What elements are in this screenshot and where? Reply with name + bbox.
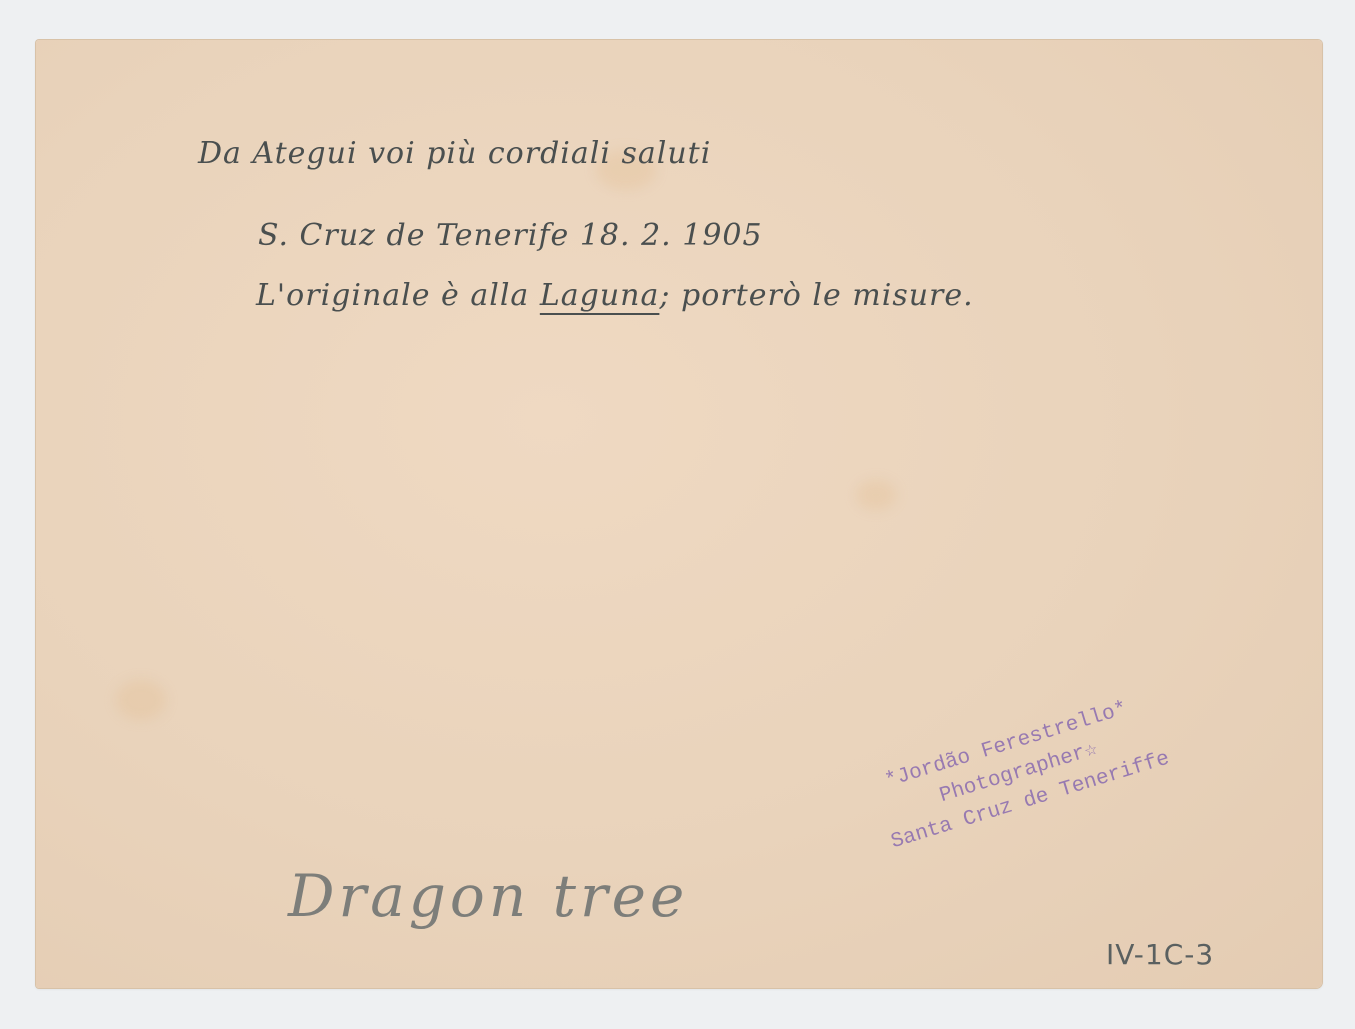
handwritten-place-date: S. Cruz de Tenerife 18. 2. 1905	[258, 218, 763, 253]
paper-stain	[116, 680, 166, 720]
catalog-number: IV-1C-3	[1106, 938, 1214, 971]
note-text-after: ; porterò le misure.	[659, 278, 973, 313]
photo-back-card	[36, 40, 1322, 988]
handwritten-note: L'originale è alla Laguna; porterò le mi…	[256, 278, 974, 313]
underlined-place: Laguna	[540, 278, 660, 313]
note-text-before: L'originale è alla	[256, 278, 540, 313]
paper-stain	[856, 480, 896, 510]
pencil-caption: Dragon tree	[288, 862, 688, 930]
handwritten-greeting: Da Ategui voi più cordiali saluti	[198, 136, 711, 171]
